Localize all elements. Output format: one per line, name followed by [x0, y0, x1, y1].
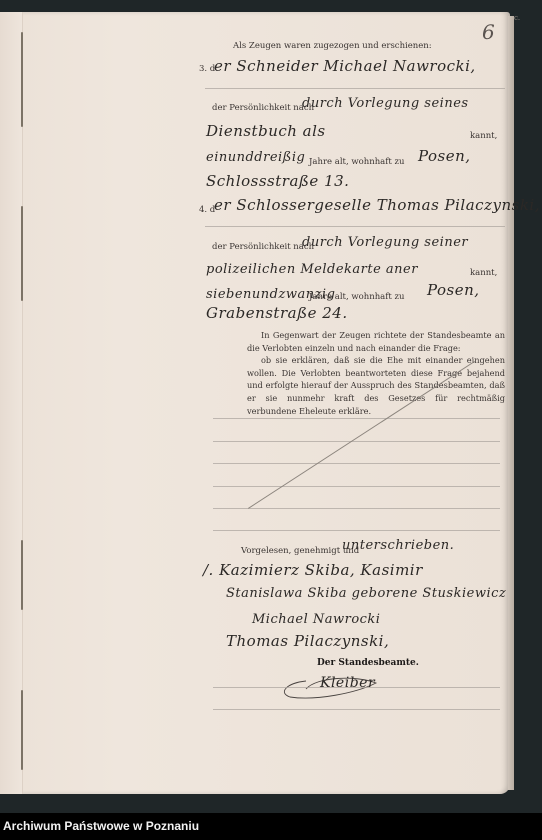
witness-3-prefix: 3. d [199, 64, 215, 74]
rule-line [213, 441, 500, 442]
witness-3-identity-label: der Persönlichkeit nach [212, 103, 314, 113]
archive-footer: Archiwum Państwowe w Poznaniu [0, 813, 542, 840]
ceremony-declaration: ob sie erklären, daß sie die Ehe mit ein… [247, 354, 505, 417]
binding-stitch [21, 32, 23, 127]
rule-line [213, 508, 500, 509]
binding-stitch [21, 206, 23, 301]
signature-bride: Stanislawa Skiba geborene Stuskiewicz [226, 586, 506, 601]
witness-3-identity-text-1: durch Vorlegung seines [302, 96, 469, 111]
rule-line [213, 418, 500, 419]
signature-witness-4: Thomas Pilaczynski, [226, 632, 389, 650]
rule-line [205, 226, 505, 227]
signature-witness-3: Michael Nawrocki [252, 612, 380, 627]
rule-line [213, 687, 500, 688]
witness-4-name: er Schlossergeselle Thomas Pilaczynski, [214, 196, 540, 214]
witness-3-identity-suffix: kannt, [470, 131, 497, 141]
witness-4-residence: Posen, [427, 281, 480, 299]
witness-4-age-label: Jahre alt, wohnhaft zu [309, 292, 404, 302]
closing-handwritten: unterschrieben. [342, 538, 454, 553]
witness-4-prefix: 4. d [199, 205, 215, 215]
rule-line [213, 486, 500, 487]
witness-3-name: er Schneider Michael Nawrocki, [214, 57, 476, 75]
binding-stitch [21, 690, 23, 770]
rule-line [205, 88, 505, 89]
official-title: Der Standesbeamte. [317, 658, 419, 668]
ceremony-question: In Gegenwart der Zeugen richtete der Sta… [247, 329, 505, 354]
witness-3-street: Schlossstraße 13. [206, 172, 349, 190]
witness-3-identity-text-2: Dienstbuch als [206, 122, 326, 140]
witness-3-age: einunddreißig [206, 150, 305, 165]
binding-stitch [21, 540, 23, 610]
witness-4-identity-text-2: polizeilichen Meldekarte aner [206, 262, 418, 277]
page-right-edge [508, 16, 514, 790]
witness-4-identity-text-1: durch Vorlegung seiner [302, 235, 468, 250]
signature-bride-groom: /. Kazimierz Skiba, Kasimir [203, 561, 423, 579]
witness-4-identity-suffix: kannt, [470, 268, 497, 278]
witness-3-residence: Posen, [418, 147, 471, 165]
witnesses-heading: Als Zeugen waren zugezogen und erschiene… [233, 41, 432, 51]
rule-line [213, 709, 500, 710]
page-gutter [0, 12, 23, 794]
ceremony-paragraph: In Gegenwart der Zeugen richtete der Sta… [247, 329, 505, 417]
archive-name: Archiwum Państwowe w Poznaniu [3, 819, 199, 833]
rule-line [213, 463, 500, 464]
witness-3-age-label: Jahre alt, wohnhaft zu [309, 157, 404, 167]
page-number: 6 [482, 20, 495, 44]
rule-line [213, 530, 500, 531]
witness-4-street: Grabenstraße 24. [206, 304, 348, 322]
official-signature: Kleiber [320, 675, 375, 691]
corner-mark: c. [514, 14, 520, 22]
witness-4-identity-label: der Persönlichkeit nach [212, 242, 314, 252]
